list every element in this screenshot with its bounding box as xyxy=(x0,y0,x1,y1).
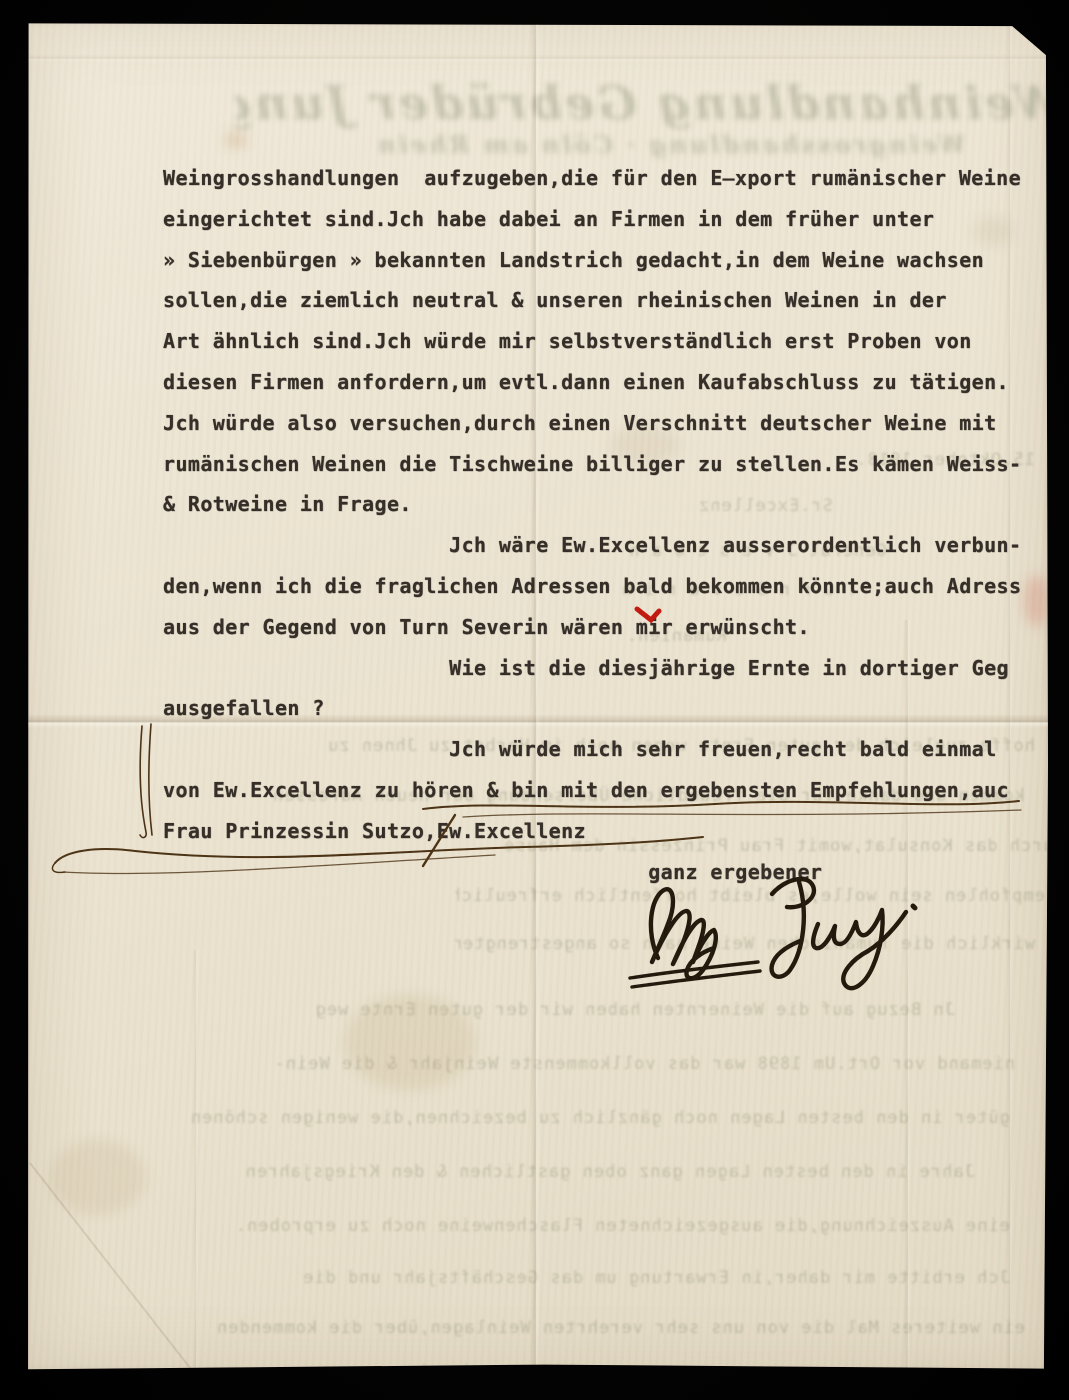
letter-line: Wie ist die diesjährige Ernte in dortige… xyxy=(163,648,1048,689)
bleedthrough-line: wirklich die rumänischen Weine nach so a… xyxy=(455,934,1035,954)
signature-underline-1 xyxy=(630,962,758,978)
signature-underline-2 xyxy=(632,971,760,987)
fold-crease xyxy=(192,950,199,1372)
bleedthrough-line: eine Auszeichnung,die ausgezeichneten Fl… xyxy=(80,1216,1010,1236)
photo-backdrop: Weinhandlung Gebrüder JungWeingrosshandl… xyxy=(0,0,1069,1400)
letter-line: von Ew.Excellenz zu hören & bin mit den … xyxy=(163,770,1048,811)
letter-line: Frau Prinzessin Sutzo,Ew.Excellenz xyxy=(163,811,1048,852)
bleedthrough-letterhead: Weingrosshandlung · Cöln am Rhein xyxy=(325,130,965,159)
letter-line: Weingrosshandlungen aufzugeben,die für d… xyxy=(163,158,1048,199)
letter-line: Jch würde also versuchen,durch einen Ver… xyxy=(163,403,1048,444)
letter-line: diesen Firmen anfordern,um evtl.dann ein… xyxy=(163,362,1048,403)
bleedthrough-line: niemand vor Ort.Um 1898 war das vollkomm… xyxy=(85,1054,1015,1074)
bleedthrough-line: Jahre in den besten Lagen ganz oben gast… xyxy=(115,1162,975,1182)
letter-line: » Siebenbürgen » bekannten Landstrich ge… xyxy=(163,240,1048,281)
letter-line: ausgefallen ? xyxy=(163,688,1048,729)
letter-line: sollen,die ziemlich neutral & unseren rh… xyxy=(163,280,1048,321)
bleedthrough-line: bitte wenden ! xyxy=(355,1362,575,1372)
letter-line: eingerichtet sind.Jch habe dabei an Firm… xyxy=(163,199,1048,240)
bleedthrough-letterhead: Weinhandlung Gebrüder Jung xyxy=(235,76,1048,130)
letter-line: Art ähnlich sind.Jch würde mir selbstver… xyxy=(163,321,1048,362)
letter-line: ganz ergebener xyxy=(163,852,1048,893)
letter-line: den,wenn ich die fraglichen Adressen bal… xyxy=(163,566,1048,607)
letter-line: & Rotweine in Frage. xyxy=(163,484,1048,525)
paper-stain xyxy=(50,1140,145,1215)
bleedthrough-line: güter in den besten Lagen noch gänzlich … xyxy=(90,1108,1010,1128)
paper-stain xyxy=(225,132,247,148)
letter-line: rumänischen Weinen die Tischweine billig… xyxy=(163,444,1048,485)
letter-line: Jch würde mich sehr freuen,recht bald ei… xyxy=(163,729,1048,770)
letter-line: aus der Gegend von Turn Severin wären mi… xyxy=(163,607,1048,648)
margin-line-2 xyxy=(149,724,152,835)
paper: Weinhandlung Gebrüder JungWeingrosshandl… xyxy=(25,20,1048,1372)
signature-dot xyxy=(913,906,915,908)
paper-stain xyxy=(345,995,475,1090)
underline-frau-prinzessin-hook xyxy=(52,863,65,872)
margin-line-1 xyxy=(140,726,146,838)
letter-line: Jch wäre Ew.Excellenz ausserordentlich v… xyxy=(163,525,1048,566)
letter-body: Weingrosshandlungen aufzugeben,die für d… xyxy=(163,158,1048,892)
bleedthrough-line: ein weiteres Mal die von uns sehr verehr… xyxy=(55,1318,1025,1338)
